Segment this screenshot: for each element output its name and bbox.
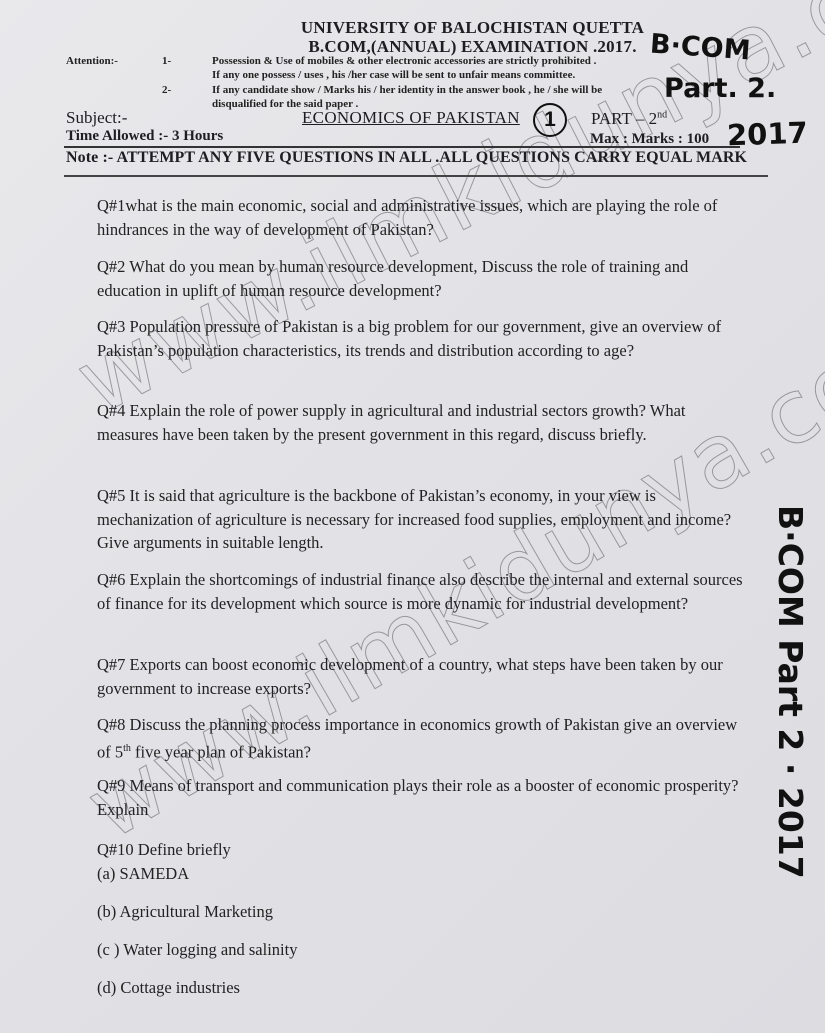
q10-part-b: (b) Agricultural Marketing: [97, 902, 273, 922]
attention-line: If any one possess / uses , his /her cas…: [212, 69, 575, 81]
divider: [64, 175, 768, 177]
subject-name: ECONOMICS OF PAKISTAN: [302, 108, 520, 128]
question-6: Q#6 Explain the shortcomings of industri…: [97, 568, 747, 615]
part-label: PART – 2nd: [591, 109, 667, 129]
handwritten-side-note: B·COM Part 2 · 2017: [760, 505, 820, 935]
note: Note :- ATTEMPT ANY FIVE QUESTIONS IN AL…: [66, 149, 747, 167]
q10-part-c: (c ) Water logging and salinity: [97, 940, 297, 960]
q10-part-a: (a) SAMEDA: [97, 864, 189, 884]
attention-line: Possession & Use of mobiles & other elec…: [212, 55, 596, 67]
attention-line: If any candidate show / Marks his / her …: [212, 84, 602, 96]
question-5: Q#5 It is said that agriculture is the b…: [97, 484, 747, 555]
handwritten-part: Part. 2.: [664, 73, 776, 104]
handwritten-side-text: B·COM Part 2 · 2017: [771, 505, 810, 879]
part-sup: nd: [657, 109, 667, 120]
divider: [64, 146, 740, 148]
question-2: Q#2 What do you mean by human resource d…: [97, 255, 747, 302]
question-8: Q#8 Discuss the planning process importa…: [97, 713, 747, 764]
q10-part-d: (d) Cottage industries: [97, 978, 240, 998]
subject-label: Subject:-: [66, 108, 127, 128]
part-text: PART – 2: [591, 109, 657, 128]
q8-text-end: five year plan of Pakistan?: [131, 742, 311, 761]
attention-number: 1-: [162, 55, 171, 67]
paper-number-circle: 1: [533, 103, 567, 137]
handwritten-year: 2017: [726, 116, 808, 153]
question-1: Q#1what is the main economic, social and…: [97, 194, 747, 241]
attention-number: 2-: [162, 84, 171, 96]
question-3: Q#3 Population pressure of Pakistan is a…: [97, 315, 747, 362]
attention-label: Attention:-: [66, 55, 118, 67]
question-10: Q#10 Define briefly: [97, 838, 747, 862]
q8-sup: th: [123, 743, 131, 754]
question-4: Q#4 Explain the role of power supply in …: [97, 399, 747, 446]
question-7: Q#7 Exports can boost economic developme…: [97, 653, 747, 700]
time-allowed: Time Allowed :- 3 Hours: [66, 128, 223, 145]
question-9: Q#9 Means of transport and communication…: [97, 774, 747, 821]
